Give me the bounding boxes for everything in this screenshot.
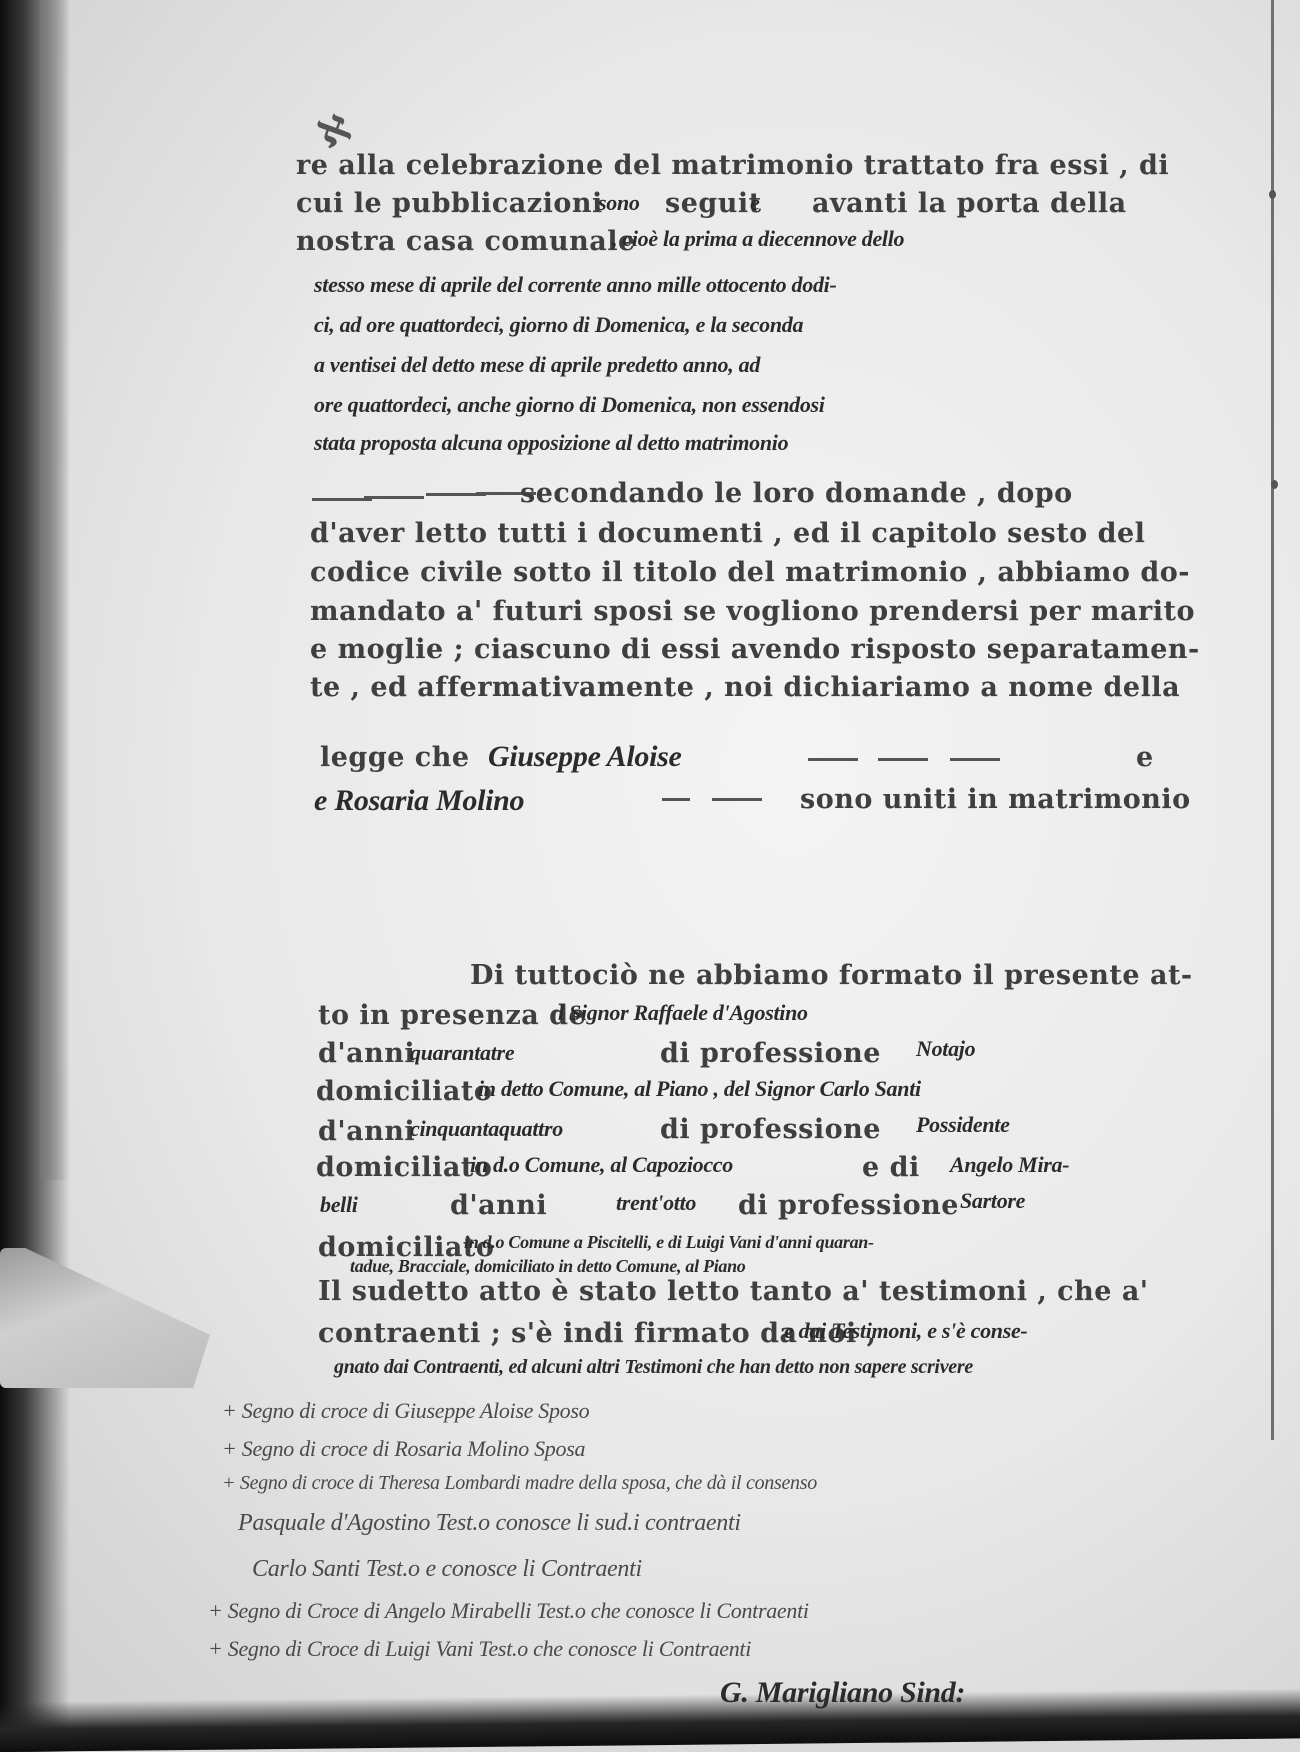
witness3-profession: Sartore: [960, 1188, 1025, 1214]
handwritten-line: ore quattordeci, anche giorno di Domenic…: [314, 392, 825, 418]
printed-line: te , ed affermativamente , noi dichiaria…: [310, 672, 1180, 703]
printed-line: di professione: [660, 1114, 881, 1145]
printed-line: domiciliato: [316, 1152, 492, 1183]
witness3-domicile-cont: tadue, Bracciale, domiciliato in detto C…: [350, 1256, 746, 1277]
printed-line: Il sudetto atto è stato letto tanto a' t…: [318, 1276, 1149, 1307]
printed-line: di professione: [660, 1038, 881, 1069]
printed-line: mandato a' futuri sposi se vogliono pren…: [310, 596, 1195, 627]
closing-note: e dai Testimoni, e s'è conse-: [784, 1318, 1027, 1344]
fill-dash: [878, 758, 928, 761]
edge-mark: [1271, 480, 1278, 489]
printed-line: d'anni: [318, 1038, 415, 1069]
witness1-domicile: in detto Comune, al Piano , del Signor C…: [478, 1076, 921, 1102]
handwritten-line: ci, ad ore quattordeci, giorno di Domeni…: [314, 312, 803, 338]
closing-note: gnato dai Contraenti, ed alcuni altri Te…: [334, 1356, 973, 1379]
fill-dash: [808, 758, 858, 761]
document-page: [28, 0, 1300, 1712]
printed-line: seguit: [665, 188, 762, 219]
handwritten-fill: sono: [598, 190, 640, 216]
signature-line: + Segno di croce di Giuseppe Aloise Spos…: [222, 1398, 589, 1424]
witness3-age: trent'otto: [616, 1190, 696, 1216]
mayor-signature: G. Marigliano Sind:: [720, 1676, 965, 1710]
witness2-domicile: in d.o Comune, al Capoziocco: [470, 1152, 733, 1178]
signature-line: + Segno di croce di Rosaria Molino Sposa: [222, 1436, 585, 1462]
printed-line: to in presenza de: [318, 1000, 586, 1031]
fill-dash: [662, 798, 690, 801]
printed-line: re alla celebrazione del matrimonio trat…: [296, 150, 1056, 181]
printed-line: d'aver letto tutti i documenti , ed il c…: [310, 518, 1145, 549]
bride-name: e Rosaria Molino: [314, 784, 524, 818]
fill-dash: [950, 758, 1000, 761]
printed-line: e moglie ; ciascuno di essi avendo rispo…: [310, 634, 1200, 665]
fill-dash: [712, 798, 762, 801]
printed-line: cui le pubblicazioni: [296, 188, 603, 219]
printed-line: legge che: [320, 742, 470, 773]
signature-line: Pasquale d'Agostino Test.o conosce li su…: [238, 1510, 741, 1537]
printed-line: secondando le loro domande , dopo: [520, 478, 1073, 509]
witness1-age: quarantatre: [410, 1040, 514, 1066]
fill-dash: [312, 498, 372, 501]
witness1-name: l Signor Raffaele d'Agostino: [558, 1000, 808, 1026]
printed-line: avanti la porta della: [812, 188, 1127, 219]
handwritten-fill: , cioè la prima a diecennove dello: [612, 226, 904, 252]
printed-line: d'anni: [450, 1190, 547, 1221]
signature-line: + Segno di Croce di Angelo Mirabelli Tes…: [208, 1598, 809, 1624]
printed-line: sono uniti in matrimonio: [800, 784, 1191, 815]
handwritten-line: a ventisei del detto mese di aprile pred…: [314, 352, 760, 378]
printed-line: Di tuttociò ne abbiamo formato il presen…: [470, 960, 1193, 991]
groom-name: Giuseppe Aloise: [488, 740, 682, 774]
signature-line: + Segno di croce di Theresa Lombardi mad…: [222, 1472, 817, 1495]
printed-line: di professione: [738, 1190, 959, 1221]
signature-line: Carlo Santi Test.o e conosce li Contraen…: [252, 1556, 642, 1583]
edge-mark: [1269, 190, 1276, 199]
printed-line: nostra casa comunale: [296, 226, 636, 257]
printed-line: e: [1136, 742, 1154, 773]
witness2-profession: Possidente: [916, 1112, 1010, 1138]
handwritten-line: stesso mese di aprile del corrente anno …: [314, 272, 837, 298]
scanned-page-background: ℵ re alla celebrazione del matrimonio tr…: [0, 0, 1300, 1752]
witness3-name-start: Angelo Mira-: [950, 1152, 1069, 1178]
binding-gutter: [40, 0, 70, 1180]
printed-line: e di: [862, 1152, 920, 1183]
witness3-name-end: belli: [320, 1192, 358, 1218]
witness2-age: cinquantaquattro: [410, 1116, 563, 1142]
witness1-profession: Notajo: [916, 1036, 975, 1062]
witness3-domicile: in d.o Comune a Piscitelli, e di Luigi V…: [464, 1232, 874, 1253]
printed-line: domiciliato: [316, 1076, 492, 1107]
handwritten-line: stata proposta alcuna opposizione al det…: [314, 430, 788, 456]
printed-line: codice civile sotto il titolo del matrim…: [310, 557, 1190, 588]
fill-dash: [364, 496, 424, 499]
printed-line: d'anni: [318, 1116, 415, 1147]
handwritten-fill: e: [750, 190, 759, 216]
page-right-edge: [1271, 0, 1274, 1440]
signature-line: + Segno di Croce di Luigi Vani Test.o ch…: [208, 1636, 751, 1662]
